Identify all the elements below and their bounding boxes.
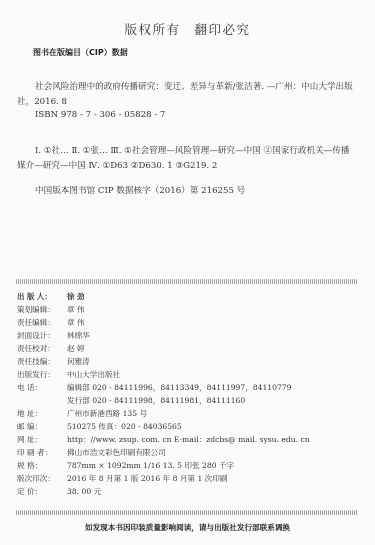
imprint-row-proofreader: 责任校对：赵 婷 [17, 342, 85, 355]
imprint-row-website-email: 网 址：http：//www. zsup. com. cn E-mail：zdc… [17, 433, 310, 446]
cip-number: 中国版本图书馆 CIP 数据核字（2016）第 216255 号 [35, 184, 245, 196]
imprint-row-price: 定 价：38. 00 元 [17, 485, 101, 498]
imprint-row-edition: 版次印次：2016 年 8 月第 1 版 2016 年 8 月第 1 次印刷 [17, 472, 227, 485]
imprint-row-postcode-fax: 邮 编：510275 传真：020 - 84036565 [17, 420, 182, 433]
cip-isbn: ISBN 978 - 7 - 306 - 05828 - 7 [35, 110, 165, 120]
imprint-row-publisher: 出 版 人：徐 劲 [17, 290, 84, 303]
imprint-row-planning-editor: 策划编辑：章 伟 [17, 303, 85, 316]
quality-notice: 如发现本书因印装质量影响阅读，请与出版社发行部联系调换 [0, 522, 375, 533]
cip-classification: Ⅰ. ①社… Ⅱ. ①张… Ⅲ. ①社会管理—风险管理—研究—中国 ②国家行政机… [17, 144, 357, 174]
copyright-title: 版权所有翻印必究 [0, 20, 375, 38]
imprint-row-address: 地 址：广州市新港西路 135 号 [17, 407, 147, 420]
imprint-row-responsible-editor: 责任编辑：章 伟 [17, 316, 85, 329]
imprint-row-phone-distribution: 发行部 020 - 84111998，84111981，84111160 [17, 394, 245, 407]
imprint-row-specifications: 规 格：787mm × 1092mm 1/16 13. 5 印张 280 千字 [17, 459, 234, 472]
cip-bibliographic-entry: 社会风险治理中的政府传播研究：变迁、差异与革新/张洁著. —广州：中山大学出版社… [17, 80, 357, 110]
copyright-title-right: 翻印必究 [195, 22, 251, 37]
imprint-row-printer: 印 刷 者：佛山市浩文彩色印刷有限公司 [17, 446, 166, 459]
imprint-row-distributor: 出版发行：中山大学出版社 [17, 368, 120, 381]
imprint-row-phone-editorial: 电 话：编辑部 020 - 84111996，84113349，84111997… [17, 381, 291, 394]
imprint-row-technical-editor: 责任技编：何雅涛 [17, 355, 90, 368]
imprint-row-cover-design: 封面设计：林绵华 [17, 329, 90, 342]
wavy-divider-bottom [16, 510, 357, 515]
wavy-divider-top [16, 279, 357, 284]
cip-heading: 图书在版编目（CIP）数据 [33, 47, 128, 58]
copyright-title-left: 版权所有 [124, 22, 180, 37]
